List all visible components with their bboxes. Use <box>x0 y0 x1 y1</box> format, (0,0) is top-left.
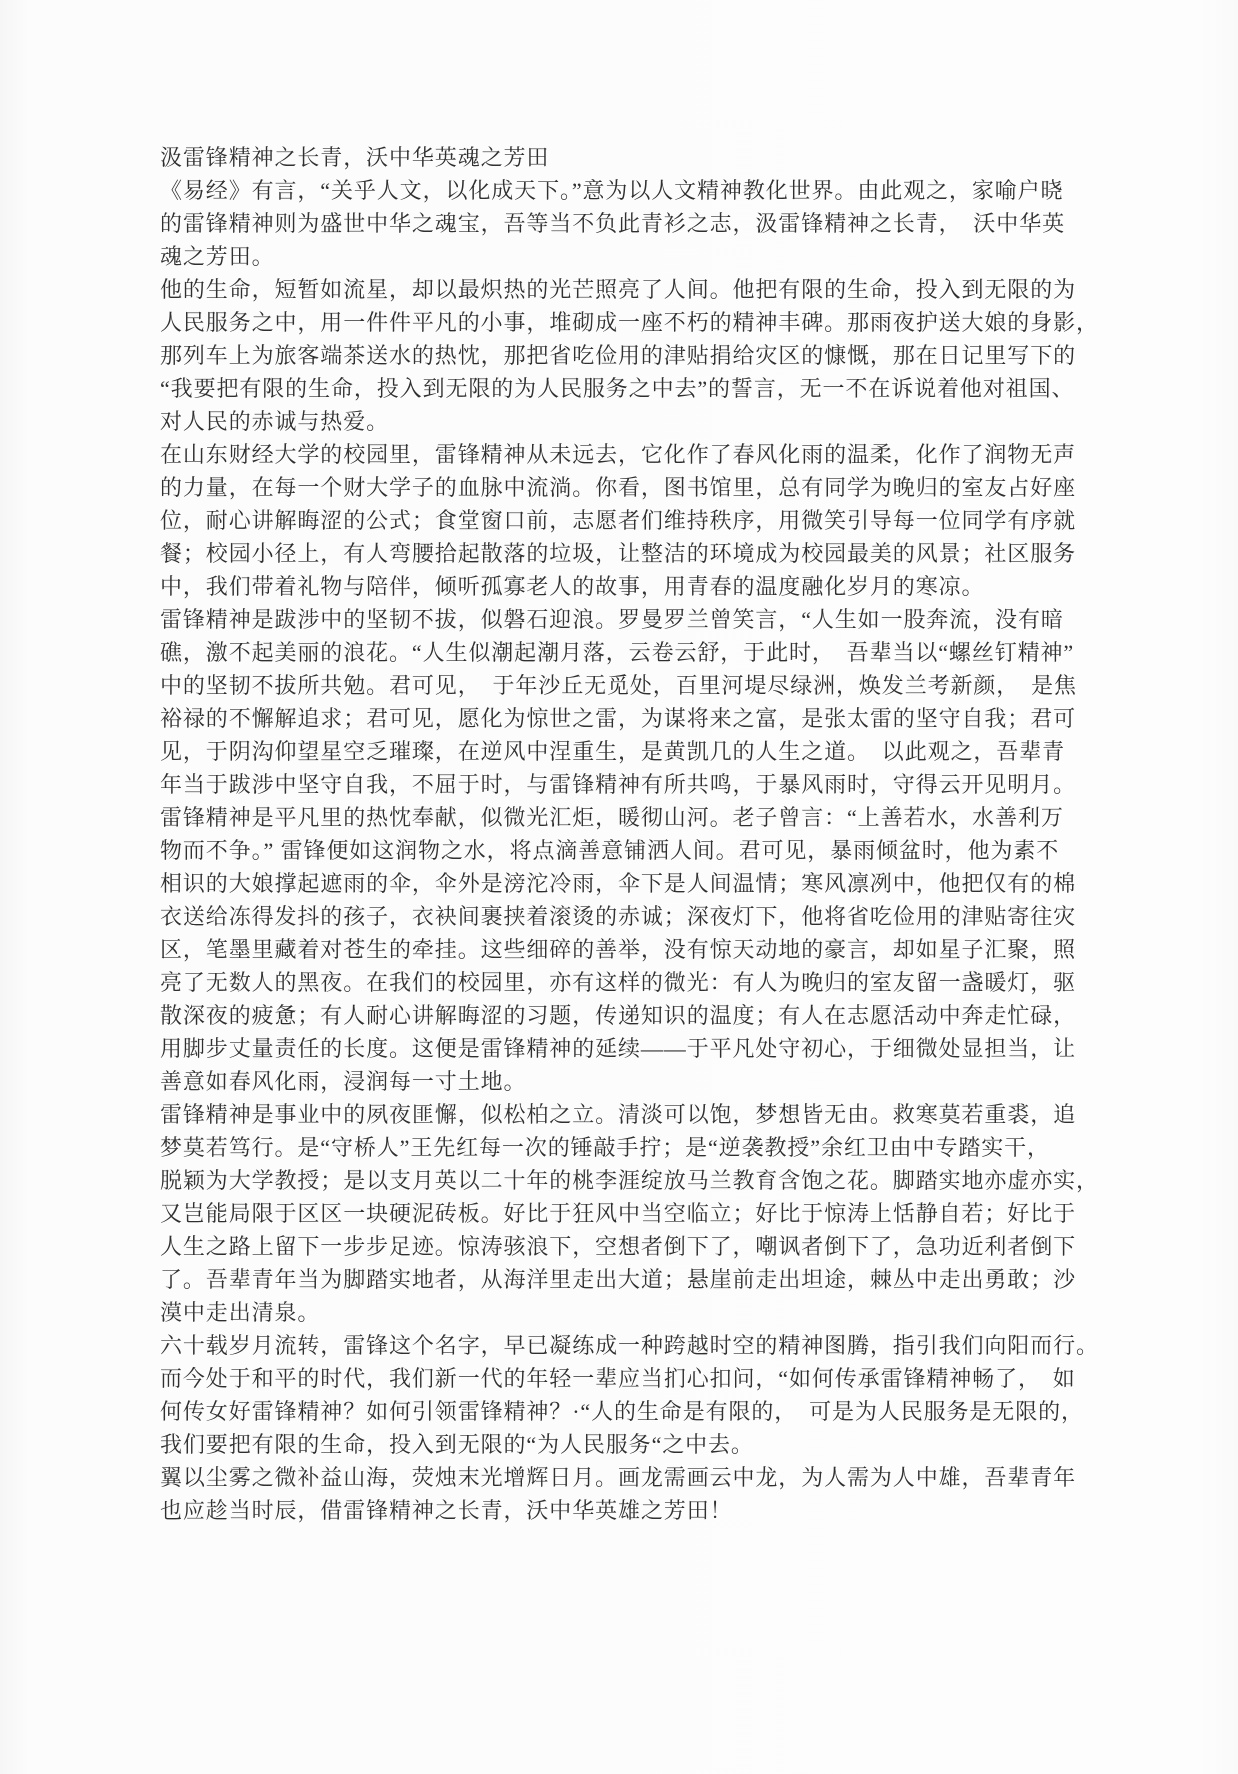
text-line: 雷锋精神是平凡里的热忱奉献，似微光汇炬，暖彻山河。老子曾言：“上善若水，水善利万 <box>160 801 1100 834</box>
document-title: 汲雷锋精神之长青，沃中华英魂之芳田 <box>160 141 1100 174</box>
document-text: 汲雷锋精神之长青，沃中华英魂之芳田《易经》有言，“关乎人文，以化成天下。”意为以… <box>160 141 1100 1527</box>
text-line: 何传女好雷锋精神？如何引领雷锋精神？·“人的生命是有限的， 可是为人民服务是无限… <box>160 1395 1100 1428</box>
text-line: 亮了无数人的黑夜。在我们的校园里，亦有这样的微光：有人为晚归的室友留一盏暖灯，驱 <box>160 966 1100 999</box>
text-line: 那列车上为旅客端茶送水的热忱，那把省吃俭用的津贴捐给灾区的慷慨，那在日记里写下的 <box>160 339 1100 372</box>
text-line: 在山东财经大学的校园里，雷锋精神从未远去，它化作了春风化雨的温柔，化作了润物无声 <box>160 438 1100 471</box>
text-line: 年当于跋涉中坚守自我，不屈于时，与雷锋精神有所共鸣，于暴风雨时，守得云开见明月。 <box>160 768 1100 801</box>
text-line: 人民服务之中，用一件件平凡的小事，堆砌成一座不朽的精神丰碑。那雨夜护送大娘的身影… <box>160 306 1100 339</box>
text-line: 而今处于和平的时代，我们新一代的年轻一辈应当扪心扣问，“如何传承雷锋精神畅了， … <box>160 1362 1100 1395</box>
text-line: 中的坚韧不拔所共勉。君可见， 于年沙丘无觅处，百里河堤尽绿洲，焕发兰考新颜， 是… <box>160 669 1100 702</box>
text-line: 裕禄的不懈解追求；君可见，愿化为惊世之雷，为谋将来之富，是张太雷的坚守自我；君可 <box>160 702 1100 735</box>
text-line: 我们要把有限的生命，投入到无限的“为人民服务“之中去。 <box>160 1428 1100 1461</box>
text-line: 了。吾辈青年当为脚踏实地者，从海洋里走出大道；悬崖前走出坦途，棘丛中走出勇敢；沙 <box>160 1263 1100 1296</box>
text-line: 区，笔墨里藏着对苍生的牵挂。这些细碎的善举，没有惊天动地的豪言，却如星子汇聚，照 <box>160 933 1100 966</box>
text-line: 又岂能局限于区区一块硬泥砖板。好比于狂风中当空临立；好比于惊涛上恬静自若；好比于 <box>160 1197 1100 1230</box>
text-line: 六十载岁月流转，雷锋这个名字，早已凝练成一种跨越时空的精神图腾，指引我们向阳而行… <box>160 1329 1100 1362</box>
text-line: 善意如春风化雨，浸润每一寸土地。 <box>160 1065 1100 1098</box>
text-line: 脱颖为大学教授；是以支月英以二十年的桃李涯绽放马兰教育含饱之花。脚踏实地亦虚亦实… <box>160 1164 1100 1197</box>
text-line: 梦莫若笃行。是“守桥人”王先红每一次的锤敲手拧；是“逆袭教授”余红卫由中专踏实干… <box>160 1131 1100 1164</box>
text-line: 雷锋精神是事业中的夙夜匪懈，似松柏之立。清淡可以饱，梦想皆无由。救寒莫若重裘，追 <box>160 1098 1100 1131</box>
text-line: 衣送给冻得发抖的孩子，衣袂间裹挟着滚烫的赤诚；深夜灯下，他将省吃俭用的津贴寄往灾 <box>160 900 1100 933</box>
text-line: 的力量，在每一个财大学子的血脉中流淌。你看，图书馆里，总有同学为晚归的室友占好座 <box>160 471 1100 504</box>
text-line: “我要把有限的生命，投入到无限的为人民服务之中去”的誓言，无一不在诉说着他对祖国… <box>160 372 1100 405</box>
text-line: 位，耐心讲解晦涩的公式；食堂窗口前，志愿者们维持秩序，用微笑引导每一位同学有序就 <box>160 504 1100 537</box>
text-line: 雷锋精神是跋涉中的坚韧不拔，似磐石迎浪。罗曼罗兰曾笑言，“人生如一股奔流，没有暗 <box>160 603 1100 636</box>
text-line: 他的生命，短暂如流星，却以最炽热的光芒照亮了人间。他把有限的生命，投入到无限的为 <box>160 273 1100 306</box>
text-line: 见，于阴沟仰望星空乏璀璨，在逆风中涅重生，是黄凯几的人生之道。 以此观之，吾辈青 <box>160 735 1100 768</box>
text-line: 也应趁当时辰，借雷锋精神之长青，沃中华英雄之芳田！ <box>160 1494 1100 1527</box>
text-line: 翼以尘雾之微补益山海，荧烛末光增辉日月。画龙需画云中龙，为人需为人中雄，吾辈青年 <box>160 1461 1100 1494</box>
text-line: 漠中走出清泉。 <box>160 1296 1100 1329</box>
text-line: 人生之路上留下一步步足迹。惊涛骇浪下，空想者倒下了，嘲讽者倒下了，急功近利者倒下 <box>160 1230 1100 1263</box>
text-line: 《易经》有言，“关乎人文，以化成天下。”意为以人文精神教化世界。由此观之，家喻户… <box>160 174 1100 207</box>
text-line: 物而不争。” 雷锋便如这润物之水，将点滴善意铺洒人间。君可见，暴雨倾盆时，他为素… <box>160 834 1100 867</box>
text-line: 散深夜的疲惫；有人耐心讲解晦涩的习题，传递知识的温度；有人在志愿活动中奔走忙碌， <box>160 999 1100 1032</box>
document-page: 汲雷锋精神之长青，沃中华英魂之芳田《易经》有言，“关乎人文，以化成天下。”意为以… <box>0 0 1238 1774</box>
text-line: 魂之芳田。 <box>160 240 1100 273</box>
text-line: 对人民的赤诚与热爱。 <box>160 405 1100 438</box>
text-line: 中，我们带着礼物与陪伴，倾听孤寡老人的故事，用青春的温度融化岁月的寒凉。 <box>160 570 1100 603</box>
text-line: 相识的大娘撑起遮雨的伞，伞外是滂沱冷雨，伞下是人间温情；寒风凛冽中，他把仅有的棉 <box>160 867 1100 900</box>
text-line: 用脚步丈量责任的长度。这便是雷锋精神的延续——于平凡处守初心，于细微处显担当，让 <box>160 1032 1100 1065</box>
text-line: 餐；校园小径上，有人弯腰拾起散落的垃圾，让整洁的环境成为校园最美的风景；社区服务 <box>160 537 1100 570</box>
text-line: 礁，激不起美丽的浪花。“人生似潮起潮月落，云卷云舒，于此时， 吾辈当以“螺丝钉精… <box>160 636 1100 669</box>
text-line: 的雷锋精神则为盛世中华之魂宝，吾等当不负此青衫之志，汲雷锋精神之长青， 沃中华英 <box>160 207 1100 240</box>
